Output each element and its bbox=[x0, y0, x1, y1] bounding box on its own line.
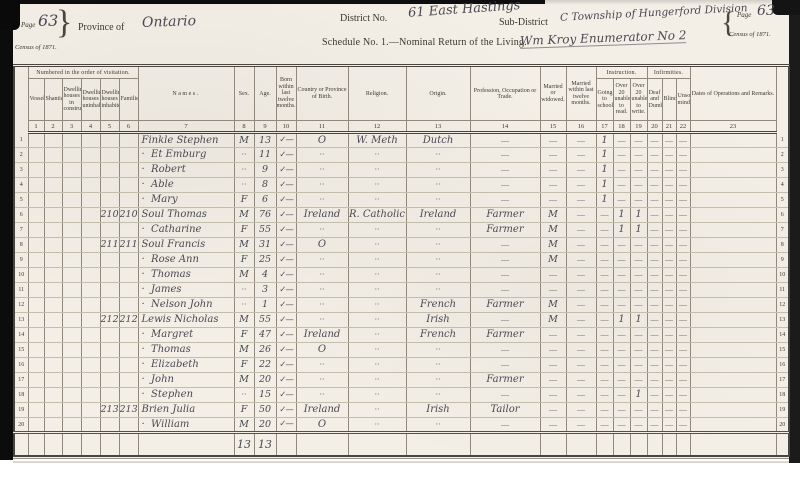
cell-c2 bbox=[44, 328, 62, 343]
cell-df: — bbox=[647, 298, 662, 313]
cell-orig: Irish bbox=[406, 403, 470, 418]
scan-corner-top-right bbox=[772, 0, 800, 15]
cell-c6 bbox=[119, 373, 138, 388]
cell-c3 bbox=[62, 253, 81, 268]
col-label-deaf: Deaf and Dumb. bbox=[647, 79, 662, 121]
cell-birth: ·· bbox=[296, 178, 348, 193]
cell-c5 bbox=[100, 358, 119, 373]
cell-c3 bbox=[62, 223, 81, 238]
cell-line-number-right: 14 bbox=[776, 328, 789, 343]
col-num-23: 23 bbox=[690, 121, 776, 133]
table-row: 1Finkle StephenM13✓—OW. MethDutch———1———… bbox=[14, 133, 789, 148]
col-num-9: 9 bbox=[254, 121, 276, 133]
col-num-3: 3 bbox=[62, 121, 81, 133]
cell-c1 bbox=[28, 178, 44, 193]
cell-c1 bbox=[28, 388, 44, 403]
cell-name: · Robert bbox=[138, 163, 234, 178]
cell-rel: ·· bbox=[348, 178, 406, 193]
cell-c2 bbox=[44, 253, 62, 268]
schedule-title: Schedule No. 1.—Nominal Return of the Li… bbox=[322, 37, 527, 48]
col-label-vessels: Vessels. bbox=[28, 79, 44, 121]
cell-prof: Tailor bbox=[470, 403, 540, 418]
cell-df: — bbox=[647, 193, 662, 208]
cell-b12: ✓— bbox=[276, 403, 296, 418]
cell-df: — bbox=[647, 208, 662, 223]
cell-age: 25 bbox=[254, 253, 276, 268]
district-label: District No. bbox=[340, 13, 387, 24]
cell-rd: — bbox=[613, 253, 630, 268]
col-label-sex: Sex. bbox=[234, 66, 254, 121]
cell-m: M bbox=[540, 223, 566, 238]
cell-c4 bbox=[81, 133, 100, 148]
cell-rem bbox=[690, 193, 776, 208]
cell-birth: O bbox=[296, 343, 348, 358]
cell-line-number-right: 10 bbox=[776, 268, 789, 283]
cell-c1 bbox=[28, 283, 44, 298]
cell-wr: — bbox=[630, 133, 647, 148]
cell-sex: F bbox=[234, 358, 254, 373]
cell-b12: ✓— bbox=[276, 133, 296, 148]
cell-c3 bbox=[62, 358, 81, 373]
cell-empty bbox=[776, 433, 789, 456]
cell-um: — bbox=[676, 343, 690, 358]
cell-m12: — bbox=[566, 148, 596, 163]
cell-m12: — bbox=[566, 388, 596, 403]
cell-empty bbox=[28, 433, 44, 456]
cell-line-number-left: 6 bbox=[14, 208, 28, 223]
cell-c5: 213 bbox=[100, 403, 119, 418]
cell-c4 bbox=[81, 313, 100, 328]
cell-orig: French bbox=[406, 298, 470, 313]
tally-age: 13 bbox=[254, 433, 276, 456]
col-num-18: 18 bbox=[613, 121, 630, 133]
cell-sch: — bbox=[596, 373, 613, 388]
cell-c1 bbox=[28, 148, 44, 163]
cell-df: — bbox=[647, 388, 662, 403]
cell-m12: — bbox=[566, 238, 596, 253]
cell-m: — bbox=[540, 388, 566, 403]
column-number-row: 1 2 3 4 5 6 7 8 9 10 11 12 13 14 15 16 1… bbox=[14, 121, 789, 133]
cell-c4 bbox=[81, 223, 100, 238]
col-num-16: 16 bbox=[566, 121, 596, 133]
cell-c3 bbox=[62, 328, 81, 343]
cell-sch: — bbox=[596, 313, 613, 328]
cell-m: — bbox=[540, 403, 566, 418]
cell-rem bbox=[690, 403, 776, 418]
cell-c6 bbox=[119, 418, 138, 433]
cell-name: Finkle Stephen bbox=[138, 133, 234, 148]
cell-age: 4 bbox=[254, 268, 276, 283]
cell-m: M bbox=[540, 208, 566, 223]
tally-sex: 13 bbox=[234, 433, 254, 456]
cell-line-number-left: 14 bbox=[14, 328, 28, 343]
cell-name: · Thomas bbox=[138, 343, 234, 358]
cell-c5 bbox=[100, 283, 119, 298]
cell-rd: — bbox=[613, 178, 630, 193]
cell-c5 bbox=[100, 298, 119, 313]
cell-rem bbox=[690, 208, 776, 223]
cell-empty bbox=[630, 433, 647, 456]
cell-prof: Farmer bbox=[470, 298, 540, 313]
cell-rel: ·· bbox=[348, 268, 406, 283]
cell-c3 bbox=[62, 343, 81, 358]
col-num-12: 12 bbox=[348, 121, 406, 133]
cell-c6 bbox=[119, 298, 138, 313]
cell-df: — bbox=[647, 133, 662, 148]
cell-c4 bbox=[81, 193, 100, 208]
cell-c3 bbox=[62, 193, 81, 208]
cell-empty bbox=[296, 433, 348, 456]
cell-name: · Mary bbox=[138, 193, 234, 208]
cell-b12: ✓— bbox=[276, 298, 296, 313]
cell-um: — bbox=[676, 133, 690, 148]
cell-c5 bbox=[100, 178, 119, 193]
cell-sex: F bbox=[234, 253, 254, 268]
cell-empty bbox=[276, 433, 296, 456]
cell-rd: — bbox=[613, 268, 630, 283]
cell-m: — bbox=[540, 133, 566, 148]
cell-line-number-left: 19 bbox=[14, 403, 28, 418]
table-row: 4· Able··8✓—······———1—————4 bbox=[14, 178, 789, 193]
cell-c2 bbox=[44, 298, 62, 313]
col-label-read: Over 20 unable to read. bbox=[613, 79, 630, 121]
cell-sex: M bbox=[234, 208, 254, 223]
cell-line-number-right: 7 bbox=[776, 223, 789, 238]
col-label-married12: Married within last twelve months. bbox=[566, 66, 596, 121]
cell-rd: — bbox=[613, 298, 630, 313]
cell-birth: O bbox=[296, 133, 348, 148]
cell-prof: Farmer bbox=[470, 328, 540, 343]
cell-c4 bbox=[81, 298, 100, 313]
col-num-13: 13 bbox=[406, 121, 470, 133]
cell-m12: — bbox=[566, 208, 596, 223]
cell-prof: — bbox=[470, 133, 540, 148]
cell-line-number-right: 11 bbox=[776, 283, 789, 298]
cell-c5 bbox=[100, 253, 119, 268]
paper-shadow bbox=[13, 461, 789, 463]
cell-rem bbox=[690, 373, 776, 388]
cell-m12: — bbox=[566, 313, 596, 328]
cell-age: 20 bbox=[254, 418, 276, 433]
cell-bl: — bbox=[662, 283, 676, 298]
cell-line-number-left: 3 bbox=[14, 163, 28, 178]
cell-b12: ✓— bbox=[276, 268, 296, 283]
cell-wr: — bbox=[630, 328, 647, 343]
cell-um: — bbox=[676, 283, 690, 298]
cell-c3 bbox=[62, 418, 81, 433]
cell-rem bbox=[690, 133, 776, 148]
cell-orig: ·· bbox=[406, 223, 470, 238]
cell-line-number-left: 1 bbox=[14, 133, 28, 148]
cell-m: M bbox=[540, 313, 566, 328]
cell-sch: — bbox=[596, 418, 613, 433]
table-row: 8211211Soul FrancisM31✓—O····—M———————8 bbox=[14, 238, 789, 253]
cell-prof: — bbox=[470, 343, 540, 358]
cell-line-number-right: 19 bbox=[776, 403, 789, 418]
cell-c5 bbox=[100, 328, 119, 343]
col-label-unsound: Unsound mind. bbox=[676, 79, 690, 121]
cell-c3 bbox=[62, 298, 81, 313]
cell-line-number-left: 17 bbox=[14, 373, 28, 388]
cell-c1 bbox=[28, 238, 44, 253]
cell-m: — bbox=[540, 328, 566, 343]
cell-sch: — bbox=[596, 403, 613, 418]
cell-name: · Elizabeth bbox=[138, 358, 234, 373]
cell-prof: — bbox=[470, 418, 540, 433]
cell-c3 bbox=[62, 268, 81, 283]
cell-c6: 212 bbox=[119, 313, 138, 328]
cell-rem bbox=[690, 238, 776, 253]
cell-b12: ✓— bbox=[276, 283, 296, 298]
cell-rd: 1 bbox=[613, 208, 630, 223]
cell-sch: — bbox=[596, 283, 613, 298]
cell-rem bbox=[690, 388, 776, 403]
province-label: Province of bbox=[78, 22, 124, 33]
cell-birth: ·· bbox=[296, 163, 348, 178]
cell-bl: — bbox=[662, 343, 676, 358]
cell-sex: F bbox=[234, 223, 254, 238]
cell-df: — bbox=[647, 238, 662, 253]
cell-rd: — bbox=[613, 343, 630, 358]
cell-rel: ·· bbox=[348, 193, 406, 208]
cell-rel: ·· bbox=[348, 148, 406, 163]
col-num-6: 6 bbox=[119, 121, 138, 133]
cell-sch: — bbox=[596, 253, 613, 268]
cell-b12: ✓— bbox=[276, 313, 296, 328]
cell-wr: — bbox=[630, 268, 647, 283]
cell-m: — bbox=[540, 373, 566, 388]
cell-sch: — bbox=[596, 238, 613, 253]
cell-line-number-left: 13 bbox=[14, 313, 28, 328]
cell-c3 bbox=[62, 238, 81, 253]
cell-c2 bbox=[44, 223, 62, 238]
cell-c1 bbox=[28, 328, 44, 343]
cell-m: — bbox=[540, 283, 566, 298]
cell-empty bbox=[62, 433, 81, 456]
cell-df: — bbox=[647, 253, 662, 268]
cell-c6 bbox=[119, 328, 138, 343]
cell-orig: ·· bbox=[406, 178, 470, 193]
cell-c1 bbox=[28, 313, 44, 328]
cell-c2 bbox=[44, 178, 62, 193]
col-num-2: 2 bbox=[44, 121, 62, 133]
cell-empty bbox=[406, 433, 470, 456]
cell-c6 bbox=[119, 343, 138, 358]
cell-c1 bbox=[28, 133, 44, 148]
col-label-uninhabited: Dwelling houses uninhabited. bbox=[81, 79, 100, 121]
cell-rd: — bbox=[613, 193, 630, 208]
cell-orig: ·· bbox=[406, 193, 470, 208]
cell-rd: — bbox=[613, 388, 630, 403]
cell-rd: — bbox=[613, 328, 630, 343]
cell-c1 bbox=[28, 193, 44, 208]
cell-c1 bbox=[28, 253, 44, 268]
cell-m: — bbox=[540, 193, 566, 208]
cell-m: M bbox=[540, 298, 566, 313]
cell-rem bbox=[690, 163, 776, 178]
cell-rel: R. Catholic bbox=[348, 208, 406, 223]
cell-age: 76 bbox=[254, 208, 276, 223]
cell-orig: ·· bbox=[406, 268, 470, 283]
cell-df: — bbox=[647, 418, 662, 433]
cell-m12: — bbox=[566, 193, 596, 208]
cell-name: · Able bbox=[138, 178, 234, 193]
cell-name: · Et Emburg bbox=[138, 148, 234, 163]
cell-m12: — bbox=[566, 373, 596, 388]
cell-line-number-right: 16 bbox=[776, 358, 789, 373]
cell-um: — bbox=[676, 178, 690, 193]
cell-sch: — bbox=[596, 358, 613, 373]
cell-line-number-right: 15 bbox=[776, 343, 789, 358]
cell-m12: — bbox=[566, 223, 596, 238]
table-row: 7· CatharineF55✓—······FarmerM——11———7 bbox=[14, 223, 789, 238]
cell-c2 bbox=[44, 343, 62, 358]
cell-c2 bbox=[44, 358, 62, 373]
col-num-14: 14 bbox=[470, 121, 540, 133]
cell-sex: ·· bbox=[234, 388, 254, 403]
cell-c5 bbox=[100, 148, 119, 163]
province-value: Ontario bbox=[142, 13, 197, 31]
cell-wr: — bbox=[630, 373, 647, 388]
cell-um: — bbox=[676, 313, 690, 328]
cell-bl: — bbox=[662, 268, 676, 283]
cell-wr: 1 bbox=[630, 388, 647, 403]
cell-sex: M bbox=[234, 313, 254, 328]
cell-wr: — bbox=[630, 178, 647, 193]
cell-df: — bbox=[647, 403, 662, 418]
cell-um: — bbox=[676, 253, 690, 268]
cell-birth: ·· bbox=[296, 373, 348, 388]
cell-name: · Thomas bbox=[138, 268, 234, 283]
cell-rem bbox=[690, 178, 776, 193]
cell-orig: Irish bbox=[406, 313, 470, 328]
cell-bl: — bbox=[662, 148, 676, 163]
cell-rem bbox=[690, 313, 776, 328]
cell-birth: Ireland bbox=[296, 208, 348, 223]
cell-c2 bbox=[44, 418, 62, 433]
cell-b12: ✓— bbox=[276, 253, 296, 268]
col-label-born12: Born within last twelve months. bbox=[276, 66, 296, 121]
cell-rel: ·· bbox=[348, 313, 406, 328]
table-row: 17· JohnM20✓—······Farmer————————17 bbox=[14, 373, 789, 388]
cell-empty bbox=[647, 433, 662, 456]
cell-line-number-left: 2 bbox=[14, 148, 28, 163]
cell-orig: ·· bbox=[406, 283, 470, 298]
cell-prof: — bbox=[470, 238, 540, 253]
col-num-20: 20 bbox=[647, 121, 662, 133]
cell-orig: Dutch bbox=[406, 133, 470, 148]
cell-um: — bbox=[676, 268, 690, 283]
cell-c4 bbox=[81, 343, 100, 358]
cell-c6 bbox=[119, 388, 138, 403]
cell-rd: — bbox=[613, 373, 630, 388]
cell-age: 26 bbox=[254, 343, 276, 358]
cell-df: — bbox=[647, 358, 662, 373]
cell-sch: 1 bbox=[596, 133, 613, 148]
col-label-inhabited: Dwelling houses inhabited. bbox=[100, 79, 119, 121]
cell-c4 bbox=[81, 208, 100, 223]
cell-c2 bbox=[44, 148, 62, 163]
cell-name: · John bbox=[138, 373, 234, 388]
cell-bl: — bbox=[662, 163, 676, 178]
cell-line-number-right: 6 bbox=[776, 208, 789, 223]
cell-empty bbox=[44, 433, 62, 456]
col-label-families: Families. bbox=[119, 79, 138, 121]
cell-df: — bbox=[647, 163, 662, 178]
col-num-15: 15 bbox=[540, 121, 566, 133]
cell-sex: ·· bbox=[234, 178, 254, 193]
table-row: 3· Robert··9✓—······———1—————3 bbox=[14, 163, 789, 178]
cell-rem bbox=[690, 418, 776, 433]
cell-c3 bbox=[62, 403, 81, 418]
cell-birth: ·· bbox=[296, 268, 348, 283]
cell-bl: — bbox=[662, 133, 676, 148]
cell-wr: — bbox=[630, 403, 647, 418]
cell-df: — bbox=[647, 283, 662, 298]
cell-df: — bbox=[647, 178, 662, 193]
cell-c2 bbox=[44, 133, 62, 148]
cell-c5 bbox=[100, 193, 119, 208]
cell-um: — bbox=[676, 418, 690, 433]
cell-bl: — bbox=[662, 313, 676, 328]
cell-wr: 1 bbox=[630, 313, 647, 328]
cell-c4 bbox=[81, 253, 100, 268]
cell-sex: M bbox=[234, 268, 254, 283]
cell-c2 bbox=[44, 283, 62, 298]
table-row: 14· MargretF47✓—Ireland··FrenchFarmer———… bbox=[14, 328, 789, 343]
col-num-1: 1 bbox=[28, 121, 44, 133]
cell-rel: ·· bbox=[348, 418, 406, 433]
cell-m: — bbox=[540, 358, 566, 373]
cell-c3 bbox=[62, 148, 81, 163]
cell-c6: 210 bbox=[119, 208, 138, 223]
cell-c6 bbox=[119, 148, 138, 163]
cell-name: Soul Francis bbox=[138, 238, 234, 253]
cell-c5: 212 bbox=[100, 313, 119, 328]
cell-sch: 1 bbox=[596, 193, 613, 208]
cell-m: M bbox=[540, 253, 566, 268]
cell-empty bbox=[14, 433, 28, 456]
table-row: 6210210Soul ThomasM76✓—IrelandR. Catholi… bbox=[14, 208, 789, 223]
cell-line-number-left: 11 bbox=[14, 283, 28, 298]
cell-sch: 1 bbox=[596, 163, 613, 178]
group-visitation: Numbered in the order of visitation. bbox=[28, 66, 138, 79]
cell-empty bbox=[676, 433, 690, 456]
cell-um: — bbox=[676, 403, 690, 418]
cell-um: — bbox=[676, 223, 690, 238]
cell-line-number-right: 5 bbox=[776, 193, 789, 208]
cell-rd: — bbox=[613, 358, 630, 373]
col-num-10: 10 bbox=[276, 121, 296, 133]
cell-c4 bbox=[81, 178, 100, 193]
cell-b12: ✓— bbox=[276, 328, 296, 343]
cell-name: · Margret bbox=[138, 328, 234, 343]
cell-wr: — bbox=[630, 283, 647, 298]
cell-rem bbox=[690, 343, 776, 358]
cell-b12: ✓— bbox=[276, 163, 296, 178]
cell-m: — bbox=[540, 178, 566, 193]
cell-b12: ✓— bbox=[276, 193, 296, 208]
cell-sch: — bbox=[596, 223, 613, 238]
cell-um: — bbox=[676, 238, 690, 253]
cell-rel: ·· bbox=[348, 298, 406, 313]
cell-m: — bbox=[540, 343, 566, 358]
table-row: 15· ThomasM26✓—O····—————————15 bbox=[14, 343, 789, 358]
cell-sex: ·· bbox=[234, 148, 254, 163]
cell-rd: — bbox=[613, 163, 630, 178]
cell-c1 bbox=[28, 373, 44, 388]
cell-line-number-right: 3 bbox=[776, 163, 789, 178]
